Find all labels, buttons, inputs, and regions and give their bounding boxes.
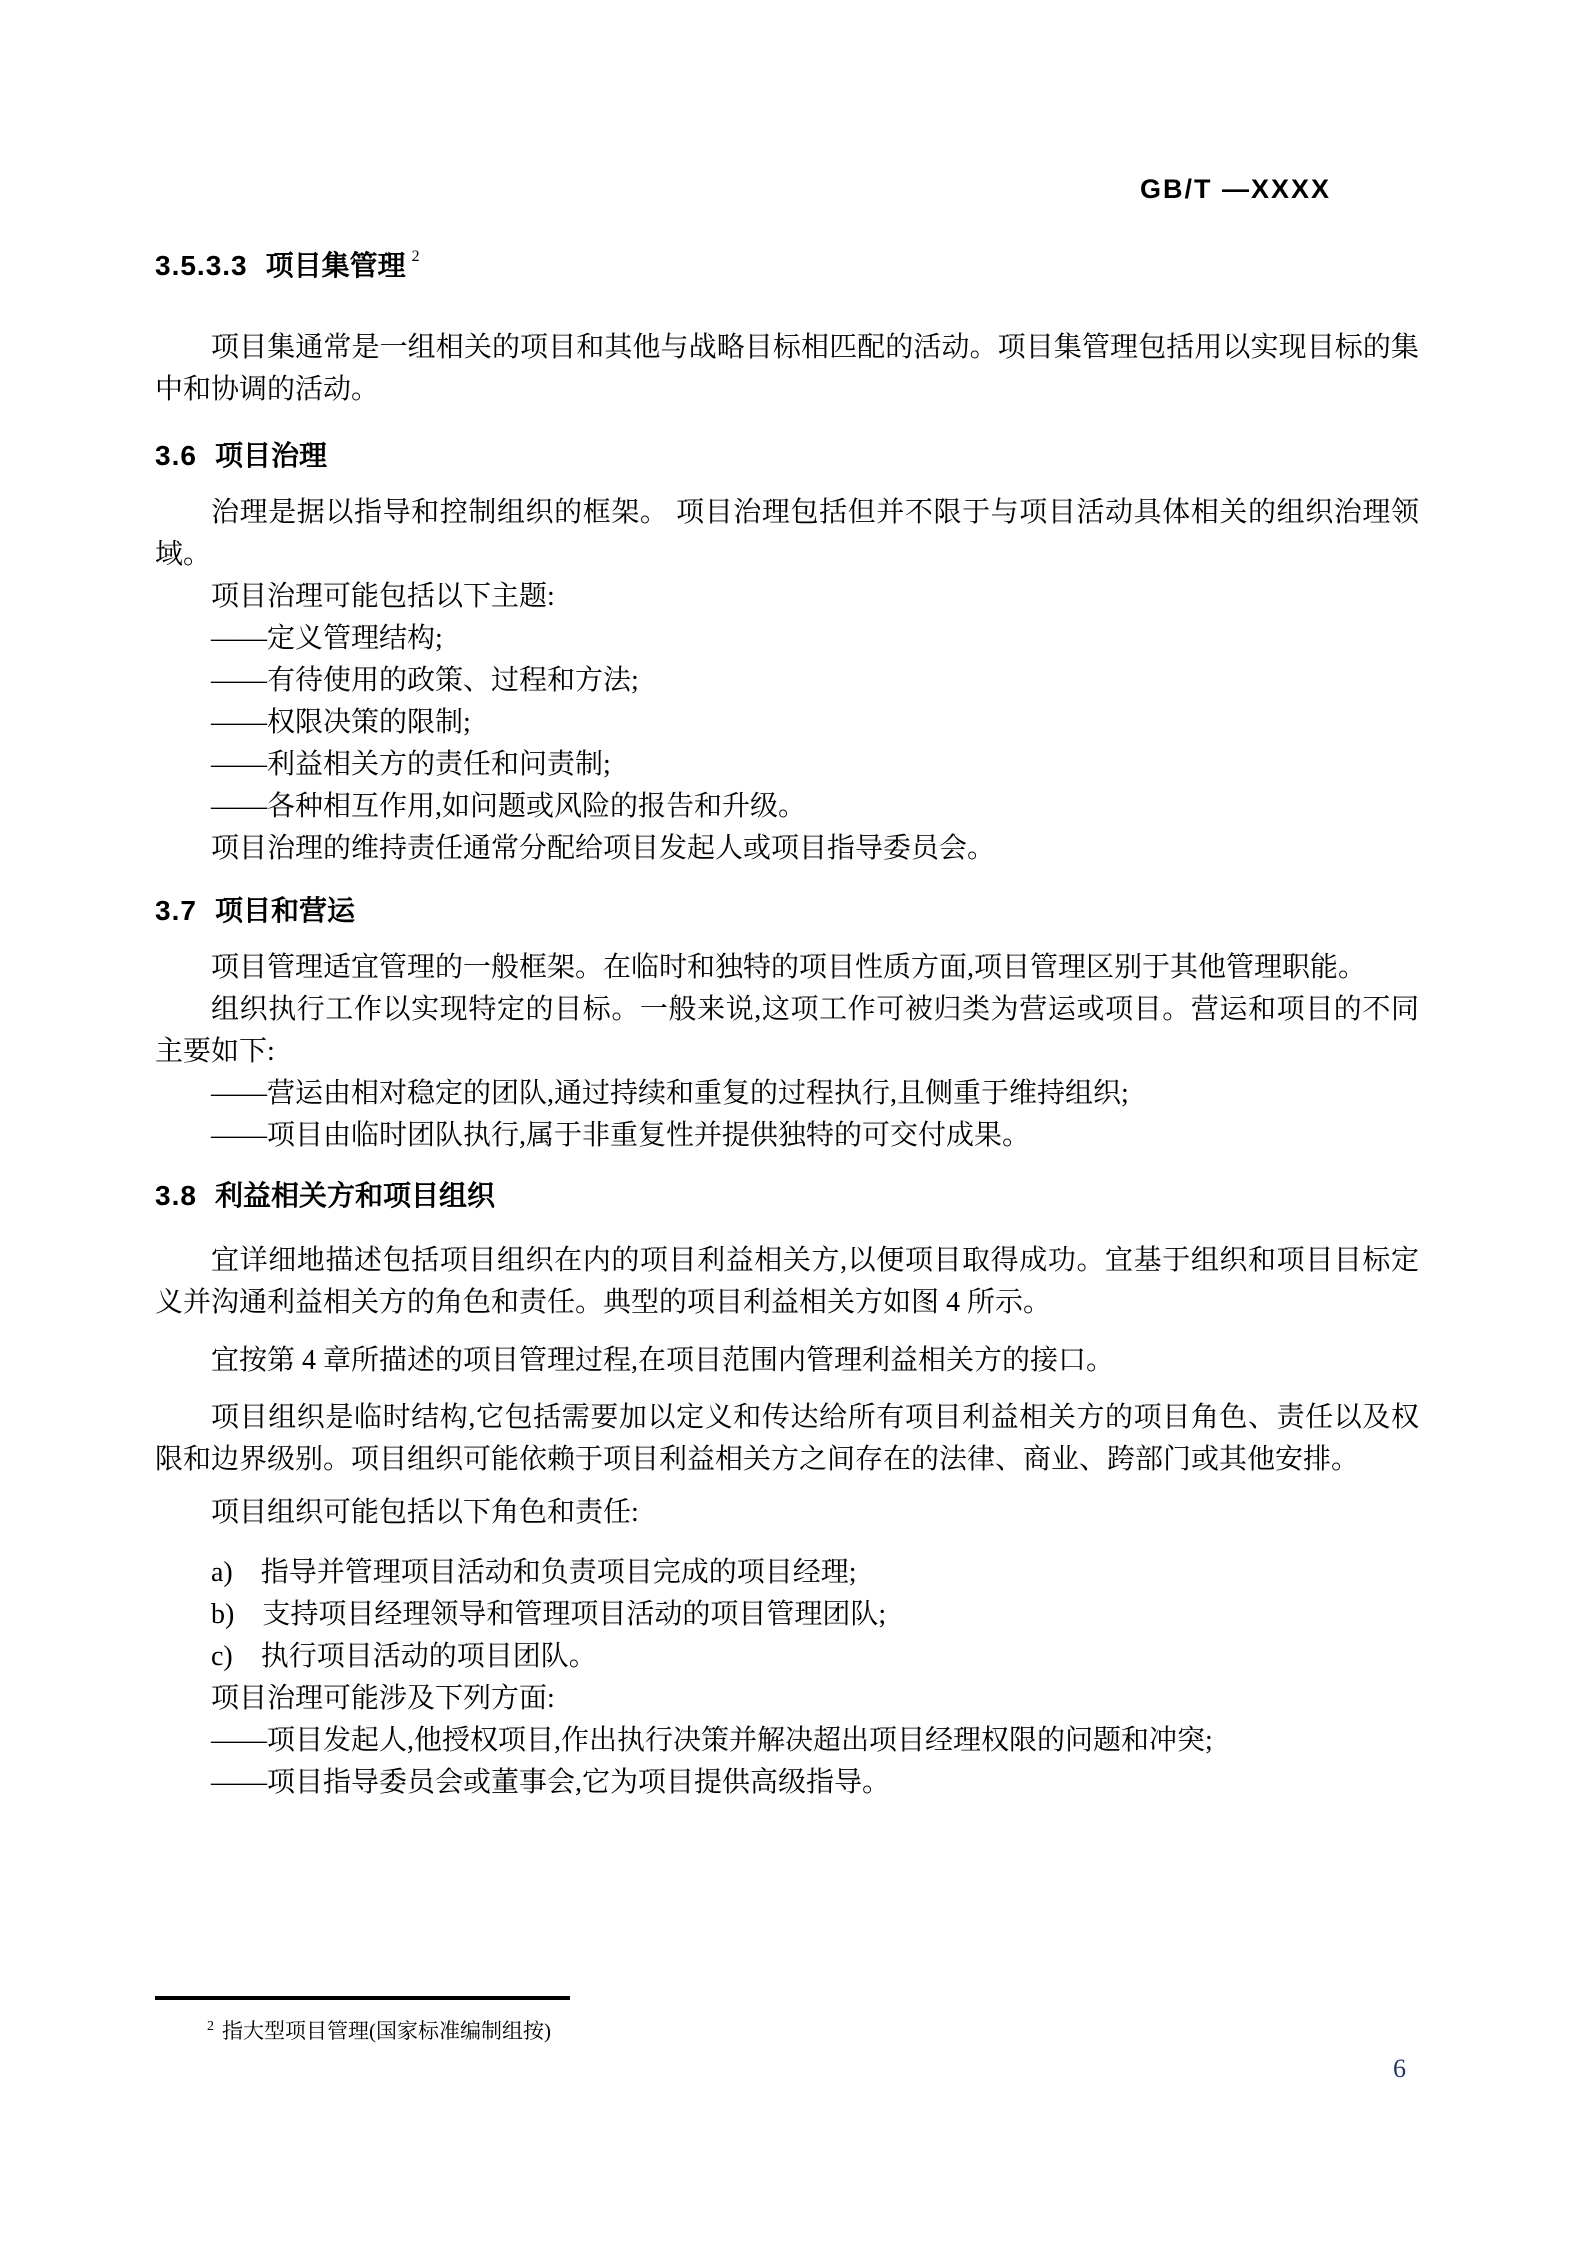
list-item: ——项目指导委员会或董事会,它为项目提供高级指导。: [155, 1762, 1419, 1804]
footnote-number: 2: [207, 2019, 214, 2034]
footnote-reference: 2: [412, 248, 420, 265]
paragraph: 项目管理适宜管理的一般框架。在临时和独特的项目性质方面,项目管理区别于其他管理职…: [155, 947, 1419, 989]
paragraph: 组织执行工作以实现特定的目标。一般来说,这项工作可被归类为营运或项目。营运和项目…: [155, 989, 1419, 1073]
list-item: ——各种相互作用,如问题或风险的报告和升级。: [155, 786, 1419, 828]
section-number: 3.5.3.3: [155, 250, 248, 281]
paragraph: 项目集通常是一组相关的项目和其他与战略目标相匹配的活动。项目集管理包括用以实现目…: [155, 327, 1419, 411]
document-page: { "header": { "standard_code": "GB/T —XX…: [0, 0, 1586, 2244]
footnote: 2指大型项目管理(国家标准编制组按): [155, 2012, 1107, 2046]
list-item: ——利益相关方的责任和问责制;: [155, 744, 1419, 786]
section-heading-3-7: 3.7项目和营运: [155, 895, 1419, 927]
ordered-list-item: c) 执行项目活动的项目团队。: [155, 1636, 1419, 1678]
page-number: 6: [1393, 2054, 1406, 2084]
section-number: 3.8: [155, 1180, 197, 1211]
list-item: ——有待使用的政策、过程和方法;: [155, 660, 1419, 702]
ordered-list-item: b) 支持项目经理领导和管理项目活动的项目管理团队;: [155, 1594, 1419, 1636]
standard-code-header: GB/T —XXXX: [1140, 174, 1331, 205]
section-title: 项目集管理: [266, 250, 406, 281]
paragraph: 项目治理的维持责任通常分配给项目发起人或项目指导委员会。: [155, 828, 1419, 870]
section-number: 3.6: [155, 440, 197, 471]
list-item: ——权限决策的限制;: [155, 702, 1419, 744]
list-item: ——营运由相对稳定的团队,通过持续和重复的过程执行,且侧重于维持组织;: [155, 1073, 1419, 1115]
section-heading-3-6: 3.6项目治理: [155, 440, 1419, 472]
document-body: 3.5.3.3项目集管理2 项目集通常是一组相关的项目和其他与战略目标相匹配的活…: [155, 241, 1419, 1804]
footnote-text: 指大型项目管理(国家标准编制组按): [222, 2019, 551, 2043]
section-heading-3-8: 3.8利益相关方和项目组织: [155, 1180, 1419, 1212]
section-heading-3-5-3-3: 3.5.3.3项目集管理2: [155, 241, 1419, 282]
section-title: 项目治理: [215, 440, 327, 471]
paragraph: 项目组织可能包括以下角色和责任:: [155, 1492, 1419, 1534]
list-item: ——项目由临时团队执行,属于非重复性并提供独特的可交付成果。: [155, 1115, 1419, 1157]
footnote-separator: [155, 1996, 570, 2000]
paragraph: 治理是据以指导和控制组织的框架。 项目治理包括但并不限于与项目活动具体相关的组织…: [155, 492, 1419, 576]
paragraph: 宜按第 4 章所描述的项目管理过程,在项目范围内管理利益相关方的接口。: [155, 1340, 1419, 1382]
paragraph: 项目治理可能包括以下主题:: [155, 576, 1419, 618]
paragraph: 项目组织是临时结构,它包括需要加以定义和传达给所有项目利益相关方的项目角色、责任…: [155, 1397, 1419, 1481]
paragraph: 项目治理可能涉及下列方面:: [155, 1678, 1419, 1720]
section-number: 3.7: [155, 895, 197, 926]
section-title: 项目和营运: [215, 895, 355, 926]
section-title: 利益相关方和项目组织: [215, 1180, 495, 1211]
ordered-list-item: a) 指导并管理项目活动和负责项目完成的项目经理;: [155, 1552, 1419, 1594]
paragraph: 宜详细地描述包括项目组织在内的项目利益相关方,以便项目取得成功。宜基于组织和项目…: [155, 1240, 1419, 1324]
list-item: ——定义管理结构;: [155, 618, 1419, 660]
list-item: ——项目发起人,他授权项目,作出执行决策并解决超出项目经理权限的问题和冲突;: [155, 1720, 1419, 1762]
